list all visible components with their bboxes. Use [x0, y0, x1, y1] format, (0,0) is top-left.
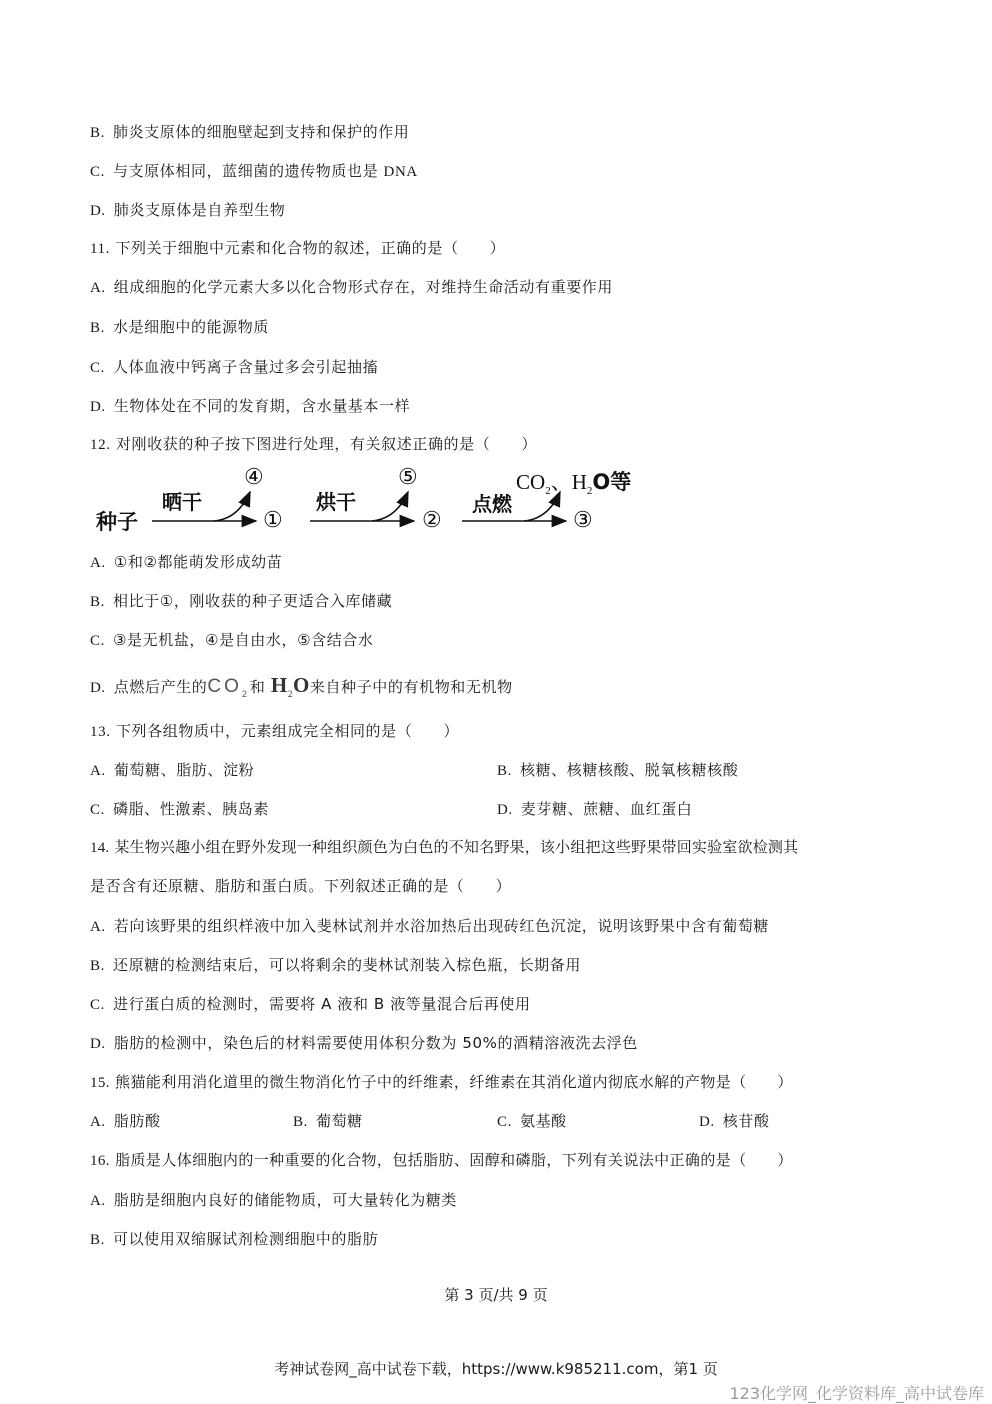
option-text: 肺炎支原体的细胞壁起到支持和保护的作用: [113, 123, 409, 141]
q12-stem: 12. 对刚收获的种子按下图进行处理，有关叙述正确的是（ ）: [90, 434, 537, 455]
q15-option-d: D.核苷酸: [699, 1111, 770, 1132]
q10-option-b: B.肺炎支原体的细胞壁起到支持和保护的作用: [90, 122, 409, 143]
option-label: B.: [90, 123, 105, 143]
question-number: 14.: [90, 840, 109, 856]
question-number: 11.: [90, 241, 110, 257]
q11-option-d: D.生物体处在不同的发育期，含水量基本一样: [90, 396, 410, 417]
question-text-cont: 是否含有还原糖、脂肪和蛋白质。下列叙述正确的是（ ）: [90, 877, 511, 895]
option-label: A.: [90, 278, 106, 298]
q12-option-a: A.①和②都能萌发形成幼苗: [90, 552, 282, 573]
option-label: A.: [90, 1112, 106, 1132]
q13-option-d: D.麦芽糖、蔗糖、血红蛋白: [497, 799, 692, 820]
q14-option-c: C.进行蛋白质的检测时，需要将 A 液和 B 液等量混合后再使用: [90, 994, 531, 1015]
h2o-o: O: [293, 673, 310, 697]
q11-stem: 11. 下列关于细胞中元素和化合物的叙述，正确的是（ ）: [90, 238, 505, 259]
option-label: C.: [497, 1112, 512, 1132]
option-text: 核苷酸: [723, 1112, 770, 1130]
option-text: ①和②都能萌发形成幼苗: [114, 553, 283, 571]
question-number: 15.: [90, 1075, 110, 1091]
site-footer: 考神试卷网_高中试卷下载，https://www.k985211.com，第1 …: [0, 1358, 992, 1379]
h2o-h: H: [271, 673, 288, 697]
option-label: A.: [90, 761, 106, 781]
q15-option-a: A.脂肪酸: [90, 1111, 161, 1132]
option-label: B.: [90, 956, 105, 976]
diagram-product-4: ④: [244, 464, 264, 490]
q13-option-c: C.磷脂、性激素、胰岛素: [90, 799, 269, 820]
option-label: D.: [497, 800, 513, 820]
option-text-before: 点燃后产生的: [114, 678, 208, 696]
option-label: C.: [90, 631, 105, 651]
q11-option-c: C.人体血液中钙离子含量过多会引起抽搐: [90, 357, 378, 378]
page-indicator: 第 3 页/共 9 页: [0, 1284, 992, 1305]
option-text-after: 来自种子中的有机物和无机物: [310, 678, 513, 696]
diagram-sun-dry-label: 晒干: [162, 486, 202, 515]
q12-option-c: C.③是无机盐，④是自由水，⑤含结合水: [90, 630, 374, 651]
q13-option-b: B.核糖、核糖核酸、脱氧核糖核酸: [497, 760, 738, 781]
option-text: 脂肪的检测中，染色后的材料需要使用体积分数为 50%的酒精溶液洗去浮色: [114, 1034, 638, 1052]
watermark: 123化学网_化学资料库_高中试卷库: [729, 1381, 984, 1404]
question-number: 16.: [90, 1153, 110, 1169]
q15-option-c: C.氨基酸: [497, 1111, 567, 1132]
co2-formula-image: CO2: [207, 676, 250, 697]
option-text: 人体血液中钙离子含量过多会引起抽搐: [113, 358, 378, 376]
option-text: 进行蛋白质的检测时，需要将 A 液和 B 液等量混合后再使用: [113, 995, 531, 1013]
option-text: 还原糖的检测结束后，可以将剩余的斐林试剂装入棕色瓶，长期备用: [113, 956, 581, 974]
question-number: 12.: [90, 437, 111, 453]
q12-option-b: B.相比于①，刚收获的种子更适合入库储藏: [90, 591, 392, 612]
diagram-ignite-label: 点燃: [472, 488, 512, 517]
q11-option-a: A.组成细胞的化学元素大多以化合物形式存在，对维持生命活动有重要作用: [90, 277, 613, 298]
q10-option-c: C.与支原体相同，蓝细菌的遗传物质也是 DNA: [90, 161, 418, 182]
q14-stem-line1: 14. 某生物兴趣小组在野外发现一种组织颜色为白色的不知名野果，该小组把这些野果…: [90, 837, 798, 858]
option-text: 可以使用双缩脲试剂检测细胞中的脂肪: [113, 1230, 378, 1248]
q14-stem-line2: 是否含有还原糖、脂肪和蛋白质。下列叙述正确的是（ ）: [90, 876, 511, 896]
option-text: 葡萄糖、脂肪、淀粉: [114, 761, 254, 779]
option-label: D.: [90, 397, 106, 417]
option-label: B.: [90, 318, 105, 338]
diagram-product-3: ③: [573, 507, 593, 533]
option-label: D.: [90, 678, 106, 698]
option-text: 生物体处在不同的发育期，含水量基本一样: [114, 397, 410, 415]
q16-option-a: A.脂肪是细胞内良好的储能物质，可大量转化为糖类: [90, 1190, 457, 1211]
q15-option-b: B.葡萄糖: [293, 1111, 363, 1132]
option-text: 与支原体相同，蓝细菌的遗传物质也是: [113, 162, 384, 180]
question-text: 某生物兴趣小组在野外发现一种组织颜色为白色的不知名野果，该小组把这些野果带回实验…: [114, 838, 798, 856]
question-text: 熊猫能利用消化道里的微生物消化竹子中的纤维素，纤维素在其消化道内彻底水解的产物是…: [115, 1073, 793, 1091]
q10-option-d: D.肺炎支原体是自养型生物: [90, 200, 285, 221]
h2o-formula-image: H2O: [271, 673, 310, 697]
option-text: 脂肪是细胞内良好的储能物质，可大量转化为糖类: [114, 1191, 457, 1209]
q13-stem: 13. 下列各组物质中，元素组成完全相同的是（ ）: [90, 721, 459, 742]
option-text: 水是细胞中的能源物质: [113, 318, 269, 336]
option-label: D.: [90, 1034, 106, 1054]
h2o-o-etc: O等: [592, 470, 631, 494]
seed-treatment-diagram: 种子 晒干 ① ④ 烘干 ② ⑤ 点燃 ③ CO2、H2O等: [90, 462, 660, 542]
diagram-product-1: ①: [263, 507, 283, 533]
option-text: 氨基酸: [520, 1112, 567, 1130]
option-label: A.: [90, 917, 106, 937]
co2-text: CO: [207, 676, 242, 697]
q12-option-d: D.点燃后产生的CO2和 H2O来自种子中的有机物和无机物: [90, 675, 513, 704]
option-text: 麦芽糖、蔗糖、血红蛋白: [521, 800, 693, 818]
q16-option-b: B.可以使用双缩脲试剂检测细胞中的脂肪: [90, 1229, 378, 1250]
option-label: B.: [90, 592, 105, 612]
option-text: 组成细胞的化学元素大多以化合物形式存在，对维持生命活动有重要作用: [114, 278, 613, 296]
option-label: C.: [90, 995, 105, 1015]
option-text-mid: 和: [250, 678, 266, 696]
question-text: 下列关于细胞中元素和化合物的叙述，正确的是（ ）: [115, 239, 505, 257]
option-text: 肺炎支原体是自养型生物: [114, 201, 286, 219]
diagram-combustion-products: CO2、H2O等: [516, 466, 631, 497]
option-text: 脂肪酸: [114, 1112, 161, 1130]
option-label: B.: [293, 1112, 308, 1132]
option-text: 磷脂、性激素、胰岛素: [113, 800, 269, 818]
q11-option-b: B.水是细胞中的能源物质: [90, 317, 269, 338]
option-label: B.: [497, 761, 512, 781]
option-text: 核糖、核糖核酸、脱氧核糖核酸: [520, 761, 738, 779]
h2o-h: H: [572, 470, 587, 494]
dna-term: DNA: [384, 164, 418, 180]
option-label: C.: [90, 162, 105, 182]
q14-option-b: B.还原糖的检测结束后，可以将剩余的斐林试剂装入棕色瓶，长期备用: [90, 955, 581, 976]
option-label: B.: [90, 1230, 105, 1250]
option-text: 相比于①，刚收获的种子更适合入库储藏: [113, 592, 392, 610]
separator: 、: [551, 470, 572, 494]
q15-stem: 15. 熊猫能利用消化道里的微生物消化竹子中的纤维素，纤维素在其消化道内彻底水解…: [90, 1072, 793, 1093]
option-label: D.: [90, 201, 106, 221]
q14-option-d: D.脂肪的检测中，染色后的材料需要使用体积分数为 50%的酒精溶液洗去浮色: [90, 1033, 638, 1054]
q16-stem: 16. 脂质是人体细胞内的一种重要的化合物，包括脂肪、固醇和磷脂，下列有关说法中…: [90, 1150, 793, 1171]
option-label: C.: [90, 800, 105, 820]
option-label: A.: [90, 1191, 106, 1211]
option-label: C.: [90, 358, 105, 378]
question-text: 下列各组物质中，元素组成完全相同的是（ ）: [116, 722, 459, 740]
question-text: 脂质是人体细胞内的一种重要的化合物，包括脂肪、固醇和磷脂，下列有关说法中正确的是…: [115, 1151, 793, 1169]
option-text: 葡萄糖: [316, 1112, 363, 1130]
diagram-seed-label: 种子: [96, 506, 138, 536]
diagram-oven-dry-label: 烘干: [316, 486, 356, 515]
question-number: 13.: [90, 724, 111, 740]
option-text: ③是无机盐，④是自由水，⑤含结合水: [113, 631, 374, 649]
option-label: A.: [90, 553, 106, 573]
diagram-product-5: ⑤: [398, 464, 418, 490]
option-text: 若向该野果的组织样液中加入斐林试剂并水浴加热后出现砖红色沉淀，说明该野果中含有葡…: [114, 917, 769, 935]
co2-subscript: 2: [242, 689, 250, 699]
q14-option-a: A.若向该野果的组织样液中加入斐林试剂并水浴加热后出现砖红色沉淀，说明该野果中含…: [90, 916, 769, 937]
question-text: 对刚收获的种子按下图进行处理，有关叙述正确的是（ ）: [116, 435, 537, 453]
q13-option-a: A.葡萄糖、脂肪、淀粉: [90, 760, 254, 781]
diagram-product-2: ②: [422, 507, 442, 533]
co2-text: CO: [516, 470, 545, 494]
option-label: D.: [699, 1112, 715, 1132]
